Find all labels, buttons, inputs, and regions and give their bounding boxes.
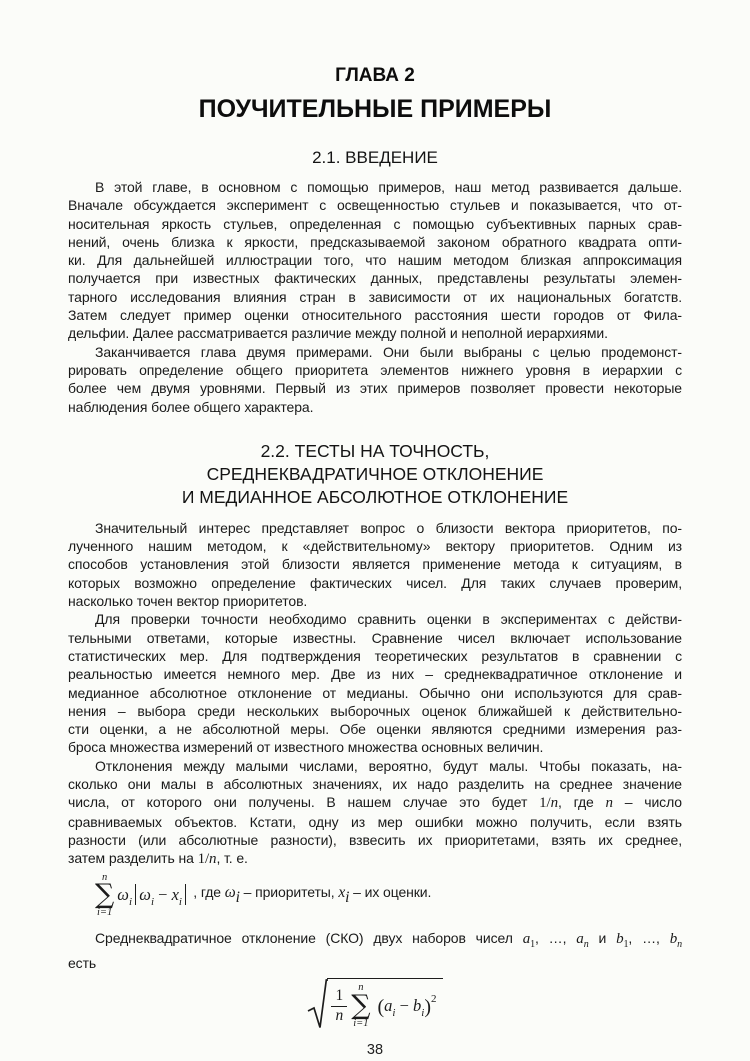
formula-weighted-deviation: n ∑ i=1 ωiωi − xi , где ωi – приоритеты,…	[95, 873, 682, 919]
section-heading-2-2: 2.2. ТЕСТЫ НА ТОЧНОСТЬ, СРЕДНЕКВАДРАТИЧН…	[68, 440, 682, 509]
paragraph-accuracy-1: Значительный интерес представляет вопрос…	[68, 519, 682, 610]
paragraph-accuracy-3: Отклонения между малыми числами, вероятн…	[68, 757, 682, 869]
text-line: Среднеквадратичное отклонение (СКО) двух…	[68, 929, 682, 954]
text-line: Отклонения между малыми числами, вероятн…	[68, 757, 682, 775]
fraction-one-over-n: 1 n	[331, 988, 347, 1024]
paragraph-intro-1: В этой главе, в основном с помощью приме…	[68, 178, 682, 343]
book-page: ГЛАВА 2 ПОУЧИТЕЛЬНЫЕ ПРИМЕРЫ 2.1. ВВЕДЕН…	[0, 0, 750, 1058]
text-line: Затем следует пример оценки относительно…	[68, 306, 682, 324]
text-line: В этой главе, в основном с помощью приме…	[68, 178, 682, 196]
text-line: получается при известных фактических дан…	[68, 269, 682, 287]
text-line: более чем двумя уровнями. Первый из этих…	[68, 379, 682, 397]
page-number: 38	[68, 1042, 682, 1058]
text-line: тарного исследования влияния стран в зав…	[68, 288, 682, 306]
chapter-title: ПОУЧИТЕЛЬНЫЕ ПРИМЕРЫ	[68, 94, 682, 124]
fraction-numerator: 1	[331, 988, 347, 1006]
text-line: реальностью имеется немного мер. Две из …	[68, 665, 682, 683]
text-line: которых возможно определение фактических…	[68, 574, 682, 592]
text-line: нения – выбора среди нескольких выборочн…	[68, 702, 682, 720]
text-line: наблюдения более общего характера.	[68, 398, 682, 416]
text-line: Заканчивается глава двумя примерами. Они…	[68, 343, 682, 361]
square-root: 1 n n ∑ i=1 (ai − bi)2	[307, 978, 442, 1032]
text-line: рировать определение общего приоритета э…	[68, 361, 682, 379]
sigma-icon: ∑	[351, 994, 370, 1019]
summation-sign: n ∑ i=1	[351, 983, 370, 1029]
paragraph-intro-2: Заканчивается глава двумя примерами. Они…	[68, 343, 682, 416]
heading-line-3: И МЕДИАННОЕ АБСОЛЮТНОЕ ОТКЛОНЕНИЕ	[68, 486, 682, 509]
text-line: сти оценки, а не абсолютной меры. Обе оц…	[68, 720, 682, 738]
text-line: есть	[68, 954, 682, 972]
text-line: способов установления этой близости явля…	[68, 555, 682, 573]
text-line: сравниваемых объектов. Кстати, одну из м…	[68, 813, 682, 831]
summation-sign: n ∑ i=1	[95, 873, 114, 919]
formula-annotation: , где ωi – приоритеты, xi – их оценки.	[193, 884, 431, 907]
heading-line-2: СРЕДНЕКВАДРАТИЧНОЕ ОТКЛОНЕНИЕ	[68, 463, 682, 486]
text-line: броса множества измерений от известного …	[68, 738, 682, 756]
paragraph-accuracy-2: Для проверки точности необходимо сравнит…	[68, 610, 682, 756]
text-line: затем разделить на 1/n, т. е.	[68, 849, 682, 868]
text-line: тельными ответами, которые известны. Сра…	[68, 629, 682, 647]
text-line: лученного нашим методом, к «действительн…	[68, 537, 682, 555]
fraction-denominator: n	[335, 1007, 343, 1024]
text-line: разности (или абсолютные разности), взве…	[68, 831, 682, 849]
text-line: носительная яркость стульев, определенна…	[68, 215, 682, 233]
formula-expression: (ai − bi)2	[378, 993, 437, 1019]
section-heading-2-1: 2.1. ВВЕДЕНИЕ	[68, 148, 682, 168]
text-line: медианное абсолютное отклонение от медиа…	[68, 684, 682, 702]
text-line: дельфии. Далее рассматривается различие …	[68, 324, 682, 342]
sum-lower-limit: i=1	[353, 1019, 368, 1030]
text-line: нений, очень близка к яркости, предсказы…	[68, 233, 682, 251]
sigma-icon: ∑	[95, 883, 114, 908]
text-line: ки. Для дальнейшей иллюстрации того, что…	[68, 251, 682, 269]
radicand: 1 n n ∑ i=1 (ai − bi)2	[327, 978, 442, 1031]
text-line: Вначале обсуждается эксперимент с освеще…	[68, 196, 682, 214]
sum-lower-limit: i=1	[97, 908, 112, 919]
chapter-kicker: ГЛАВА 2	[68, 64, 682, 87]
text-line: насколько точен вектор приоритетов.	[68, 592, 682, 610]
text-line: числа, от которого они получены. В нашем…	[68, 793, 682, 812]
heading-line-1: 2.2. ТЕСТЫ НА ТОЧНОСТЬ,	[68, 440, 682, 463]
radical-icon	[307, 979, 328, 1032]
formula-rms: 1 n n ∑ i=1 (ai − bi)2	[68, 978, 682, 1032]
text-line: Для проверки точности необходимо сравнит…	[68, 610, 682, 628]
text-line: Значительный интерес представляет вопрос…	[68, 519, 682, 537]
paragraph-rms-intro: Среднеквадратичное отклонение (СКО) двух…	[68, 929, 682, 973]
formula-expression: ωiωi − xi	[117, 884, 189, 908]
text-line: сколько они малы в абсолютных значениях,…	[68, 775, 682, 793]
text-line: статистических мер. Для подтверждения те…	[68, 647, 682, 665]
